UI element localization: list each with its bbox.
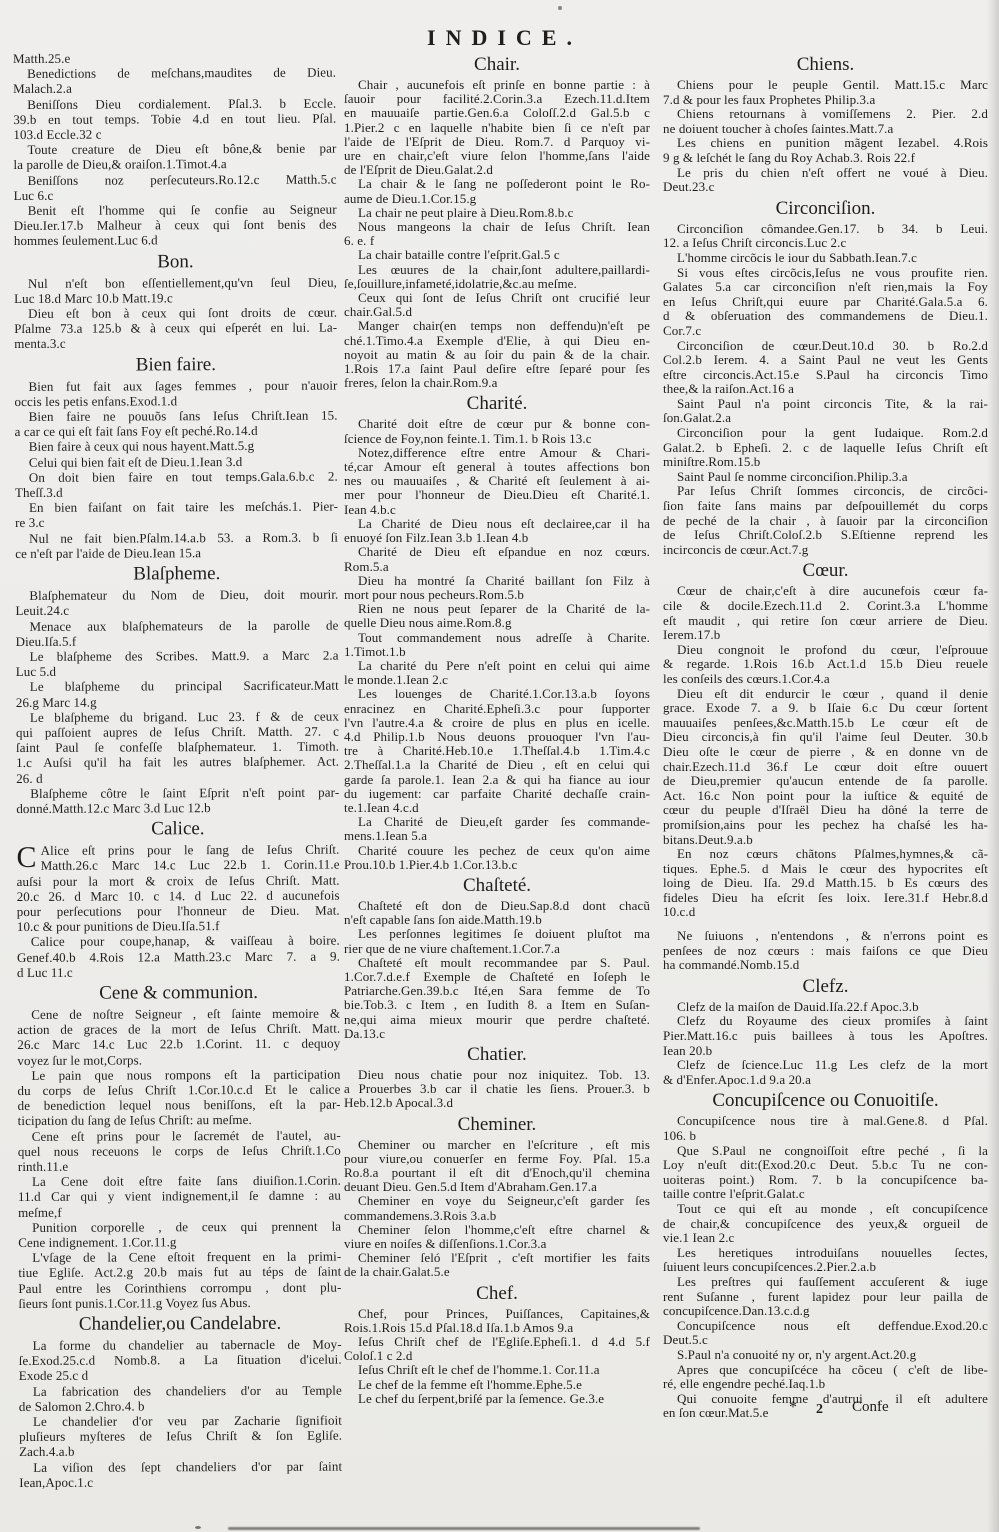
scan-artifact-line <box>228 1527 700 1530</box>
index-line: Luc 6.c <box>14 186 337 203</box>
index-line: ſaint Paul ſe confeſſe blaſphemateur. 1.… <box>16 739 339 756</box>
index-line: ſon.Galat.2.a <box>663 411 988 426</box>
index-line: La chair & le ſang ne poſſederont point … <box>344 177 650 191</box>
index-line: menta.3.c <box>14 335 337 352</box>
index-line: Chef, pour Princes, Puiſſances, Capitain… <box>344 1307 650 1321</box>
index-line: Zach.4.a.b <box>19 1443 342 1460</box>
index-line: ſauoir pour facilité.2.Corin.3.a Ezech.1… <box>344 92 650 106</box>
index-line: a car ce qui eſt fait ſans Foy eſt peché… <box>15 423 338 440</box>
index-line: Iean,Apoc.1.c <box>19 1473 342 1490</box>
index-line: donné.Matth.12.c Marc 3.d Luc 12.b <box>16 800 339 817</box>
index-line: Iean 4.b.c <box>344 503 650 517</box>
section-heading: Chef. <box>344 1280 650 1307</box>
index-line: en mauuaiſe partie.Gen.6.a Coloſſ.2.d Ga… <box>344 106 650 120</box>
index-line: Dieu.Iſa.5.f <box>16 632 339 649</box>
index-line: loing de Dieu. Iſa. 29.d Matth.15. b Es … <box>663 876 988 891</box>
section-heading: Cœur. <box>663 557 988 584</box>
index-line: Nul ne fait bien.Pſalm.14.a.b 53. a Rom.… <box>15 529 338 546</box>
index-line: uoiteras point.) Rom. 7. b la concupiſce… <box>663 1173 988 1188</box>
index-line: Rom.5.a <box>344 560 650 574</box>
index-line: re 3.c <box>15 514 338 531</box>
index-line: Punition corporelle , de ceux qui prenne… <box>18 1218 341 1235</box>
index-line: hommes ſeulement.Luc 6.d <box>14 232 337 249</box>
index-line: rinth.11.e <box>18 1158 341 1175</box>
index-column-1: Matth.25.eBenedictions de meſchans,maudi… <box>13 50 342 1490</box>
index-line: ché.1.Timo.4.a Exemple d'Elie, à qui Die… <box>344 334 650 348</box>
index-line: 7.d & pour les faux Prophetes Philip.3.a <box>663 93 988 108</box>
index-line: Act. 16.c Non point pour la iuſtice & eq… <box>663 789 988 804</box>
index-line: En bien faiſant on fait taire les meſchá… <box>15 499 338 516</box>
index-line: Leuit.24.c <box>15 602 338 619</box>
index-line: 9 g & leſchét le ſang du Roy Achab.3. Ro… <box>663 151 988 166</box>
section-heading: Chaſteté. <box>344 872 650 899</box>
index-line: Luc 18.d Marc 10.b Matt.19.c <box>14 289 337 306</box>
index-line: té,car Amour eſt general à toutes affect… <box>344 460 650 474</box>
index-line: S.Paul n'a conuoité ny or, n'y argent.Ac… <box>663 1348 988 1363</box>
index-line: Bien faire ne pouuõs ſans Ieſus Chriſt.I… <box>15 408 338 425</box>
index-line: quelle Dieu nous aime.Rom.8.g <box>344 616 650 630</box>
index-line: deuant Dieu. Gen.5.d Item d'Abraham.Gen.… <box>344 1180 650 1194</box>
index-line: 4.d Philip.1.b Nous deuons prouoquer l'v… <box>344 730 650 744</box>
index-line: cile & docile.Ezech.11.d 2. Corint.3.a L… <box>663 599 988 614</box>
index-line: Ro.8.a pourtant il eſt dit d'Enoch,qu'il… <box>344 1166 650 1180</box>
index-line: La Cene doit eſtre faite ſans diuiſion.1… <box>18 1173 341 1190</box>
index-line: 1.c Auſsi qu'il ha fait les autres blaſp… <box>16 754 339 771</box>
index-line: garde ſa parole.1. Iean 2.a & qui ha fia… <box>344 773 650 787</box>
index-line: fideles Dieu ha eſcrit ſes loix. Iere.31… <box>663 891 988 906</box>
scanned-index-page: INDICE. Matth.25.eBenedictions de meſcha… <box>0 0 999 1532</box>
index-line: Menace aux blaſphemateurs de la parolle … <box>15 617 338 634</box>
index-line: Dieu.Ier.17.b Malheur à ceux qui ſont be… <box>14 217 337 234</box>
index-line: Les œuures de la chair,ſont adultere,pai… <box>344 263 650 277</box>
index-line: Saint Paul ſe nomme circonciſion.Philip.… <box>663 470 988 485</box>
index-line: Concupiſcence nous eſt deffendue.Exod.20… <box>663 1319 988 1334</box>
index-line: La viſion des ſept chandeliers d'or par … <box>19 1458 342 1475</box>
index-line: Genef.40.b 4.Rois 12.a Matth.23.c Marc 7… <box>17 948 340 965</box>
section-heading: Charité. <box>344 390 650 417</box>
index-line: Malach.2.a <box>13 80 336 97</box>
index-line: Les perſonnes legitimes ſe doiuent pluſt… <box>344 927 650 941</box>
index-column-3: Chiens.Chiens pour le peuple Gentil. Mat… <box>663 51 988 1421</box>
index-line: Ne ſuiuons , n'entendons , & n'errons po… <box>663 929 988 944</box>
index-line: Circonciſion de cœur.Deut.10.d 30. b Ro.… <box>663 339 988 354</box>
index-line: aume de Dieu.1.Cor.15.g <box>344 192 650 206</box>
index-line: La chair bataille contre l'eſprit.Gal.5 … <box>344 248 650 262</box>
index-line: voyez ſur le mot,Corps. <box>17 1051 340 1068</box>
index-line: eſtre circoncis.Act.15.e S.Paul ha circo… <box>663 368 988 383</box>
index-line: ha commandé.Nomb.15.d <box>663 958 988 973</box>
index-line: meſme,f <box>18 1203 341 1220</box>
index-line: Les heretiques introduiſans nouuelles ſe… <box>663 1246 988 1261</box>
scan-speck <box>558 6 562 10</box>
index-line: Celui qui bien fait eſt de Dieu.1.Iean 3… <box>15 453 338 470</box>
index-line: Chiens pour le peuple Gentil. Matt.15.c … <box>663 78 988 93</box>
index-line: bie.Tob.3. c Item , en Iudith 8. a Item … <box>344 998 650 1012</box>
index-line: Pier.Matt.16.c puis baillees à tous les … <box>663 1029 988 1044</box>
index-line: d & obſeruation des commandemens de Dieu… <box>663 309 988 324</box>
index-line: Tout ce qui eſt au monde , eſt concupiſc… <box>663 1202 988 1217</box>
index-line: Blaſpheme côtre le ſaint Eſprit n'eſt po… <box>16 784 339 801</box>
index-line: Iean 20.b <box>663 1044 988 1059</box>
scan-speck <box>195 1526 201 1529</box>
index-line: de Salomon 2.Chro.4. b <box>19 1397 342 1414</box>
index-line: quel nous receuons le corps de Ieſus Chr… <box>18 1142 341 1159</box>
index-line: ſcience de Foy,non feinte.1. Tim.1. b Ro… <box>344 432 650 446</box>
index-line: Le chef de la femme eſt l'homme.Ephe.5.e <box>344 1378 650 1392</box>
index-line: ure en chair,c'eſt viure ſelon l'homme,ſ… <box>344 149 650 163</box>
index-line: les conſeils des cœurs.1.Cor.4.a <box>663 672 988 687</box>
index-line: Benedictions de meſchans,maudites de Die… <box>13 65 336 82</box>
section-heading: Chandelier,ou Candelabre. <box>18 1310 341 1338</box>
index-line: mauuaiſes penſees,&c.Matth.15.b Le cœur … <box>663 716 988 731</box>
index-line: 26.c Marc 14.c Luc 22.b 1.Corint. 11. c … <box>17 1036 340 1053</box>
index-line: ne,qui aima mieux mourir que perdre chaſ… <box>344 1013 650 1027</box>
index-line: bitans.Deut.9.a.b <box>663 833 988 848</box>
index-line: Manger chair(en temps non deffendu)n'eſt… <box>344 319 650 333</box>
index-line: Chaſteté eſt don de Dieu.Sap.8.d dont ch… <box>344 899 650 913</box>
index-line: ſe.Exod.25.c.d Nomb.8. a La ſituation d'… <box>19 1352 342 1369</box>
index-line: Patriarche.Gen.39.b.c Ité,en Sara femme … <box>344 984 650 998</box>
index-line: Cene eſt prins pour le ſacremét de l'aut… <box>18 1127 341 1144</box>
index-line: concupiſcence.Dan.13.c.d.g <box>663 1304 988 1319</box>
index-columns: Matth.25.eBenedictions de meſchans,maudi… <box>13 51 988 1490</box>
index-line: miniſtre.Rom.15.b <box>663 455 988 470</box>
index-line: te.1.Iean 4.c.d <box>344 801 650 815</box>
index-line: 2.Theſſal.1.a la Charité de Dieu , eſt e… <box>344 758 650 772</box>
index-line: eſt maudit , qui retire ſon cœur arriere… <box>663 614 988 629</box>
index-line: Saint Paul n'a point circoncis Tite, & l… <box>663 397 988 412</box>
index-line: 39.b en tout temps. Tobie 4.d en tout li… <box>13 110 336 127</box>
index-line: Charité couure les pechez de ceux qu'on … <box>344 844 650 858</box>
index-line: n'eſt capable ſans ſon aide.Matth.19.b <box>344 913 650 927</box>
section-heading: Chiens. <box>663 51 988 78</box>
index-line: Le pris du chien n'eſt offert ne voué à … <box>663 166 988 181</box>
index-line: Nous mangeons la chair de Ieſus Chriſt. … <box>344 220 650 234</box>
index-line: Matth.25.e <box>13 50 336 67</box>
index-line: ſe,ſouillure,infameté,idolatrie,&c.au me… <box>344 277 650 291</box>
index-line: noyoit au matin & au ſoir du pain & de l… <box>344 348 650 362</box>
index-line: 11.d Car qui y vient indignement,il ſe d… <box>18 1188 341 1205</box>
index-line: a Prouerbes 3.b car il chatie les ſiens.… <box>344 1082 650 1096</box>
index-line: de peché de la chair , à ſauoir par la c… <box>663 514 988 529</box>
index-line: la parolle de Dieu,& oraiſon.1.Timot.4.a <box>13 156 336 173</box>
index-line: On doit bien faire en tout temps.Gala.6.… <box>15 468 338 485</box>
index-line: qui paſſoient aupres de Ieſus Chriſt. Ma… <box>16 724 339 741</box>
drop-cap: C <box>16 843 40 871</box>
index-line: Paul entre les Corinthiens corrompu , do… <box>18 1279 341 1296</box>
index-line: La chair ne peut plaire à Dieu.Rom.8.b.c <box>344 206 650 220</box>
index-line: ſuiuent leurs concupiſcences.2.Pier.2.a.… <box>663 1260 988 1275</box>
index-line: ré, elle engendre peché.Iaq.1.b <box>663 1377 988 1392</box>
index-line: Notez,difference eſtre entre Amour & Cha… <box>344 446 650 460</box>
index-line: freres, ſelon la chair.Rom.9.a <box>344 376 650 390</box>
index-line: de chair,& concupiſcence des yeux,& orgu… <box>663 1217 988 1232</box>
index-line: promiſsion,ains pour les pechez ha chaſs… <box>663 818 988 833</box>
signature-number: 2 <box>816 1402 823 1418</box>
index-line: pluſieurs myſteres de Ieſus Chriſt & ſon… <box>19 1428 342 1445</box>
index-line: Charité doit eſtre de cœur pur & bonne c… <box>344 417 650 431</box>
index-line: 1.Pier.2 c en laquelle n'habite bien ſi … <box>344 121 650 135</box>
index-line: Galat.2. b Epheſi. 2. c de laquelle Ieſu… <box>663 441 988 456</box>
index-line: Circonciſion pour la gent Iudaique. Rom.… <box>663 426 988 441</box>
index-line: Ieſus Chriſt eſt le chef de l'homme.1. C… <box>344 1363 650 1377</box>
index-line: 26. d <box>16 769 339 786</box>
index-line: mens.1.Iean 5.a <box>344 829 650 843</box>
index-line: Si vous eſtes circõcis,Ieſus ne vous pro… <box>663 266 988 281</box>
index-line: penſees de noz cœurs : mais faiſons ce q… <box>663 944 988 959</box>
section-heading: Blaſpheme. <box>15 560 338 588</box>
index-line: Cœur de chair,c'eſt à dire aucunefois cœ… <box>663 584 988 599</box>
index-line: vie.1 Iean 2.c <box>663 1231 988 1246</box>
index-line: La forme du chandelier au tabernacle de … <box>19 1337 342 1354</box>
index-line: l'aide de l'Eſprit de Dieu. Rom.7. d Par… <box>344 135 650 149</box>
index-line: Rois.1.Rois 15.d Pſal.18.d Iſa.1.b Amos … <box>344 1321 650 1335</box>
index-line: Theſſ.3.d <box>15 484 338 501</box>
index-line: Que S.Paul ne congnoiſſoit eſtre peché ,… <box>663 1144 988 1159</box>
section-heading: Cheminer. <box>344 1111 650 1138</box>
index-line: Dieu nous chatie pour noz iniquitez. Tob… <box>344 1068 650 1082</box>
section-heading: Cene & communion. <box>17 979 340 1007</box>
index-line: mort pour nous pecheurs.Rom.5.b <box>344 588 650 602</box>
index-line: le monde.1.Iean 2.c <box>344 673 650 687</box>
index-line: La charité du Pere n'eſt point en celui … <box>344 659 650 673</box>
index-line: En noz cœurs chãtons Pſalmes,hymnes,& cã… <box>663 847 988 862</box>
index-line: Le pain que nous rompons eſt la particip… <box>17 1066 340 1083</box>
index-line: Dieu eſt bon à ceux qui ſont droits de c… <box>14 305 337 322</box>
index-line: Cheminer en voye du Seigneur,c'eſt garde… <box>344 1194 650 1208</box>
index-line: taille contre l'eſprit.Galat.c <box>663 1187 988 1202</box>
index-line: L'homme circõcis le iour du Sabbath.Iean… <box>663 251 988 266</box>
index-line: en Ieſus Chriſt,qui euure par Charité.Ga… <box>663 295 988 310</box>
index-line: chair.Ezech.11.d 36.f Le cœur doit eſtre… <box>663 760 988 775</box>
index-line: Prou.10.b 1.Pier.4.b 1.Cor.13.b.c <box>344 858 650 872</box>
index-line: grace. Exode 7. a 9. b Iſaie 6.c Du cœur… <box>663 701 988 716</box>
index-line: Ceux qui ſont de Ieſus Chriſt ont crucif… <box>344 291 650 305</box>
index-column-2: Chair.Chair , aucunefois eſt prinſe en b… <box>344 51 650 1406</box>
index-line: ſieurs ſont punis.1.Cor.11.g Voyez ſus A… <box>18 1294 341 1311</box>
section-heading: Chair. <box>344 51 650 78</box>
index-line: 10.c.d <box>663 905 988 920</box>
index-line: pour perſecutions pour l'honneur de Dieu… <box>17 903 340 920</box>
index-line: Cheminer ſelon l'homme,c'eſt eſtre charn… <box>344 1223 650 1237</box>
index-line: tiue Egliſe. Act.2.g 20.b mais fut au té… <box>18 1264 341 1281</box>
index-line: & d'Enfer.Apoc.1.d 9.a 20.a <box>663 1073 988 1088</box>
index-line: Da.13.c <box>344 1027 650 1041</box>
index-line: 1.Timot.1.b <box>344 645 650 659</box>
index-line: Ieſus Chriſt chef de l'Egliſe.Epheſi.1. … <box>344 1335 650 1349</box>
index-line: & regarde. 1.Rois 16.b Act.1.d 15.b Dieu… <box>663 657 988 672</box>
index-line: Cene indignement. 1.Cor.11.g <box>18 1234 341 1251</box>
index-line: ſion faite ſans mains par deſpouillemét … <box>663 499 988 514</box>
index-line: 20.c 26. d Marc 10. c 14. d Luc 22. d au… <box>17 887 340 904</box>
index-line: de la chair.Galat.5.e <box>344 1265 650 1279</box>
index-line: enuoyé ſon Filz.Iean 3.b 1.Iean 4.b <box>344 531 650 545</box>
index-line: ce n'eſt par l'aide de Dieu.Iean 15.a <box>15 544 338 561</box>
index-line: d Luc 11.c <box>17 963 340 980</box>
section-heading: Bien faire. <box>14 350 337 378</box>
index-line: Bien fut fait aux ſages femmes , pour n'… <box>14 377 337 394</box>
index-line: La Charité de Dieu,eſt garder ſes comman… <box>344 815 650 829</box>
index-line: de Ieſus Chriſt.Coloſ.2.b S.Eſtienne rep… <box>663 528 988 543</box>
index-line: auſsi pour la mort & croix de Ieſus Chri… <box>17 872 340 889</box>
index-line: 106. b <box>663 1129 988 1144</box>
index-line: 6. e. f <box>344 234 650 248</box>
index-line: Dieu circoncis,à fin qu'il l'aime ſeul D… <box>663 730 988 745</box>
index-line: Clefz de ſcience.Luc 11.g Les clefz de l… <box>663 1058 988 1073</box>
index-line: Luc 5.d <box>16 663 339 680</box>
index-line: Le blaſpheme des Scribes. Matt.9. a Marc… <box>16 647 339 664</box>
section-heading: Concupiſcence ou Conuoitiſe. <box>663 1087 988 1114</box>
index-line: 103.d Eccle.32 c <box>13 126 336 143</box>
index-line: occis les petis enfans.Exod.1.d <box>14 392 337 409</box>
index-line: 12. a Ieſus Chriſt circoncis.Luc 2.c <box>663 236 988 251</box>
index-line: Loy n'euſt dit:(Exod.20.c Deut. 5.b.c Tu… <box>663 1158 988 1173</box>
index-line: Cheminer ou marcher en l'eſcriture , eſt… <box>344 1138 650 1152</box>
index-line: Bien faire à ceux qui nous hayent.Matt.5… <box>15 438 338 455</box>
catchword: Confe <box>852 1399 889 1416</box>
index-line: La Charité de Dieu nous eſt declairee,ca… <box>344 517 650 531</box>
index-line: Chair , aucunefois eſt prinſe en bonne p… <box>344 78 650 92</box>
index-line: L'vſage de la Cene eſtoit frequent en la… <box>18 1249 341 1266</box>
index-line: Les louenges de Charité.1.Cor.13.a.b ſoy… <box>344 687 650 701</box>
index-line: 1.Cor.7.d.e.f Exemple de Chaſteté en Ioſ… <box>344 970 650 984</box>
index-line: Galates 5.a car circonciſion n'eſt rien,… <box>663 280 988 295</box>
index-line: ticipation du ſang de Ieſus Chriſt: au m… <box>18 1112 341 1129</box>
index-line: du iugement: car parfaite Charité dechaſ… <box>344 787 650 801</box>
index-line: Circonciſion cômandee.Gen.17. b 34. b Le… <box>663 222 988 237</box>
index-line: cœur du peuple d'Iſraël Dieu ha dôné la … <box>663 803 988 818</box>
index-line: Deut.23.c <box>663 180 988 195</box>
index-line: Deut.5.c <box>663 1333 988 1348</box>
section-heading: Bon. <box>14 247 337 275</box>
index-line: Blaſphemateur du Nom de Dieu, doit mouri… <box>15 587 338 604</box>
index-line: thee,& la raiſon.Act.16 a <box>663 382 988 397</box>
index-line: l'vn l'autre.4.a & croire de plus en plu… <box>344 716 650 730</box>
index-line: Beniſſons noz perſecuteurs.Ro.12.c Matth… <box>14 171 337 188</box>
index-line: 1.Rois 17.a ſaint Paul deſire eſtre ſepa… <box>344 362 650 376</box>
index-line: tre à Charité.Heb.10.e 1.Theſſal.4.b 1.T… <box>344 744 650 758</box>
index-line: 10.c & pour punitions de Dieu.Iſa.51.f <box>17 918 340 935</box>
index-line: rier que de ne viure chaſtement.1.Cor.7.… <box>344 942 650 956</box>
index-line: Les preſtres qui fauſſement accuſerent &… <box>663 1275 988 1290</box>
section-gap <box>663 920 988 929</box>
index-line: chair.Gal.5.d <box>344 305 650 319</box>
index-line: La fabrication des chandeliers d'or au T… <box>19 1382 342 1399</box>
section-heading: Circonciſion. <box>663 195 988 222</box>
index-line: pour viure,ou conuerſer en ferme Foy. Pſ… <box>344 1152 650 1166</box>
index-line: incirconcis de cœur.Act.7.g <box>663 543 988 558</box>
index-line: Qui conuoite femme d'autrui , il eſt adu… <box>663 1392 988 1407</box>
index-line: ne doiuent toucher à choſes ſaintes.Matt… <box>663 122 988 137</box>
index-line: enracinez en Charité.Epheſi.3.c pour ſup… <box>344 702 650 716</box>
index-line: Charité de Dieu eſt eſpandue en noz cœur… <box>344 545 650 559</box>
index-line: CAlice eſt prins pour le ſang de Ieſus C… <box>16 842 339 859</box>
index-line: Clefz de la maiſon de Dauid.Iſa.22.f Apo… <box>663 1000 988 1015</box>
index-line: Dieu eſt dit endurcir le cœur , quand il… <box>663 687 988 702</box>
section-heading: Chatier. <box>344 1041 650 1068</box>
index-line: Concupiſcence nous tire à mal.Gene.8. d … <box>663 1114 988 1129</box>
index-line: de Dieu,premier qu'aucun entende de ſa p… <box>663 774 988 789</box>
index-line: Col.2.b Ierem. 4. a Saint Paul ne veut l… <box>663 353 988 368</box>
index-line: 26.g Marc 14.g <box>16 693 339 710</box>
index-line: Heb.12.b Apocal.3.d <box>344 1096 650 1110</box>
index-line: Le chef du ſerpent,briſé par la ſemence.… <box>344 1392 650 1406</box>
index-line: Matth.26.c Marc 14.c Luc 22.b 1. Corin.1… <box>41 857 340 874</box>
index-line: Dieu oſte le cœur de pierre , & en donne… <box>663 745 988 760</box>
index-line: Cheminer ſeló l'Eſprit , c'eſt mortifier… <box>344 1251 650 1265</box>
index-line: Toute creature de Dieu eſt bône,& benie … <box>13 141 336 158</box>
index-line: commandemens.3.Rois 3.a.b <box>344 1209 650 1223</box>
index-line: Chaſteté eſt moult recommandee par S. Pa… <box>344 956 650 970</box>
index-line: Cor.7.c <box>663 324 988 339</box>
index-line: de benediction lequel nous beniſſons, eſ… <box>18 1097 341 1114</box>
signature-mark: * <box>789 1399 797 1417</box>
index-line: Clefz du Royaume des cieux promiſes à ſa… <box>663 1014 988 1029</box>
index-line: mer pour l'honneur de Dieu.Dieu eſt Char… <box>344 488 650 502</box>
index-line: Chiens retournans à vomiſſemens 2. Pier.… <box>663 107 988 122</box>
index-line: Coloſ.1 c 2.d <box>344 1349 650 1363</box>
index-line: rent Suſanne , furent lapidez pour leur … <box>663 1290 988 1305</box>
page-title: INDICE. <box>0 25 999 51</box>
index-line: Calice pour coupe,hanap, & vaiſſeau à bo… <box>17 933 340 950</box>
index-line: Par Ieſus Chriſt ſommes circoncis, de ci… <box>663 484 988 499</box>
index-line: nes ou mauuaiſes , & Charité eſt ſeuleme… <box>344 474 650 488</box>
index-line: Les chiens en punition mãgent Iezabel. 4… <box>663 136 988 151</box>
index-line: Exode 25.c d <box>19 1367 342 1384</box>
index-line: Apres que concupiſcéce ha cõceu ( c'eſt … <box>663 1363 988 1378</box>
index-line: Dieu congnoit le profond du cœur, l'eſpr… <box>663 643 988 658</box>
section-heading: Clefz. <box>663 973 988 1000</box>
index-line: de l'Eſprit de Dieu.Galat.2.d <box>344 163 650 177</box>
index-line: viure en noiſes & diſſenſions.1.Cor.3.a <box>344 1237 650 1251</box>
index-line: Beniſſons Dieu cordialement. Pſal.3. b E… <box>13 95 336 112</box>
index-line: tiques. Ephe.5. d Mais le cœur des hypoc… <box>663 862 988 877</box>
index-line: Nul n'eſt bon eſſentiellement,qu'vn ſeul… <box>14 274 337 291</box>
index-line: Rien ne nous peut ſeparer de la Charité … <box>344 602 650 616</box>
index-line: Le chandelier d'or veu par Zacharie ſign… <box>19 1413 342 1430</box>
index-line: Pſalme 73.a 125.b & à ceux qui eſperét e… <box>14 320 337 337</box>
section-heading: Calice. <box>16 815 339 843</box>
index-line: Le blaſpheme du principal Sacrificateur.… <box>16 678 339 695</box>
index-line: du corps de Ieſus Chriſt 1.Cor.10.c.d Et… <box>18 1082 341 1099</box>
index-line: action de graces de la mort de Ieſus Chr… <box>17 1021 340 1038</box>
index-line: Tout commandement nous adreſſe à Charite… <box>344 631 650 645</box>
index-line: Ierem.17.b <box>663 628 988 643</box>
index-line: Cene de noſtre Seigneur , eſt ſainte mem… <box>17 1006 340 1023</box>
index-line: Benit eſt l'homme qui ſe confie au Seign… <box>14 202 337 219</box>
index-line: en ſon cœur.Mat.5.e <box>663 1406 988 1421</box>
index-line: Le blaſpheme du brigand. Luc 23. f & de … <box>16 708 339 725</box>
index-line: Dieu ha montré ſa Charité baillant ſon F… <box>344 574 650 588</box>
